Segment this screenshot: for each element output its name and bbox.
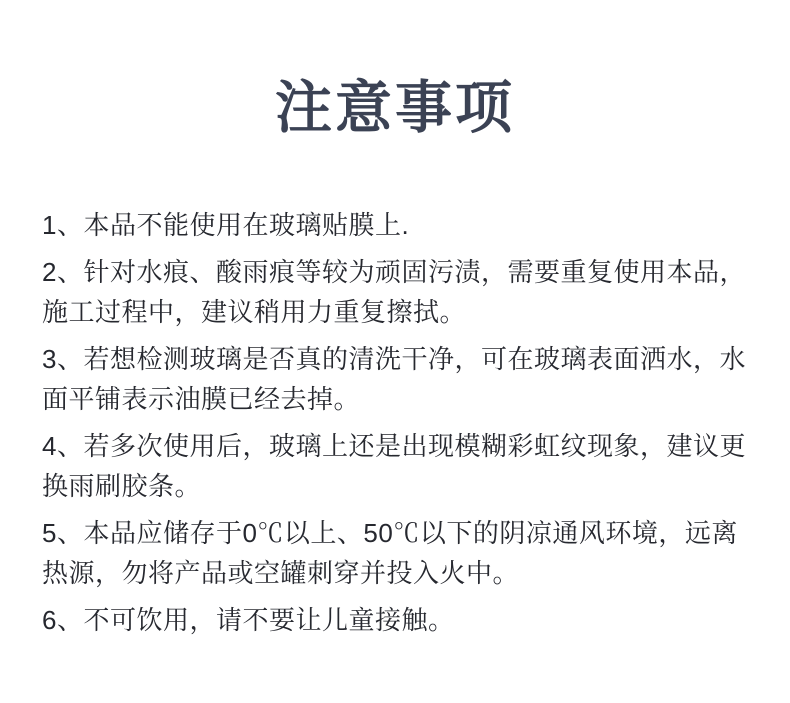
notice-item-4-line-1: 4、若多次使用后，玻璃上还是出现模糊彩虹纹现象，建议更 bbox=[42, 426, 750, 466]
notice-item-4-line-2: 换雨刷胶条。 bbox=[42, 466, 750, 506]
page-title: 注意事项 bbox=[0, 0, 790, 137]
notice-item-1: 1、本品不能使用在玻璃贴膜上. bbox=[42, 205, 750, 245]
notice-item-3-line-2: 面平铺表示油膜已经去掉。 bbox=[42, 379, 750, 419]
notice-list: 1、本品不能使用在玻璃贴膜上. 2、针对水痕、酸雨痕等较为顽固污渍，需要重复使用… bbox=[0, 205, 790, 640]
notice-item-6-line-1: 6、不可饮用，请不要让儿童接触。 bbox=[42, 600, 750, 640]
notice-item-2: 2、针对水痕、酸雨痕等较为顽固污渍，需要重复使用本品， 施工过程中，建议稍用力重… bbox=[42, 252, 750, 332]
notice-item-5-line-1: 5、本品应储存于0℃以上、50℃以下的阴凉通风环境，远离 bbox=[42, 513, 750, 553]
notice-item-2-line-2: 施工过程中，建议稍用力重复擦拭。 bbox=[42, 292, 750, 332]
notice-item-5: 5、本品应储存于0℃以上、50℃以下的阴凉通风环境，远离 热源，勿将产品或空罐刺… bbox=[42, 513, 750, 593]
notice-item-2-line-1: 2、针对水痕、酸雨痕等较为顽固污渍，需要重复使用本品， bbox=[42, 252, 750, 292]
notice-item-6: 6、不可饮用，请不要让儿童接触。 bbox=[42, 600, 750, 640]
notice-item-3: 3、若想检测玻璃是否真的清洗干净，可在玻璃表面洒水，水 面平铺表示油膜已经去掉。 bbox=[42, 339, 750, 419]
notice-item-5-line-2: 热源，勿将产品或空罐刺穿并投入火中。 bbox=[42, 553, 750, 593]
notice-item-4: 4、若多次使用后，玻璃上还是出现模糊彩虹纹现象，建议更 换雨刷胶条。 bbox=[42, 426, 750, 506]
precautions-panel: 注意事项 1、本品不能使用在玻璃贴膜上. 2、针对水痕、酸雨痕等较为顽固污渍，需… bbox=[0, 0, 790, 703]
notice-item-3-line-1: 3、若想检测玻璃是否真的清洗干净，可在玻璃表面洒水，水 bbox=[42, 339, 750, 379]
notice-item-1-line-1: 1、本品不能使用在玻璃贴膜上. bbox=[42, 205, 750, 245]
